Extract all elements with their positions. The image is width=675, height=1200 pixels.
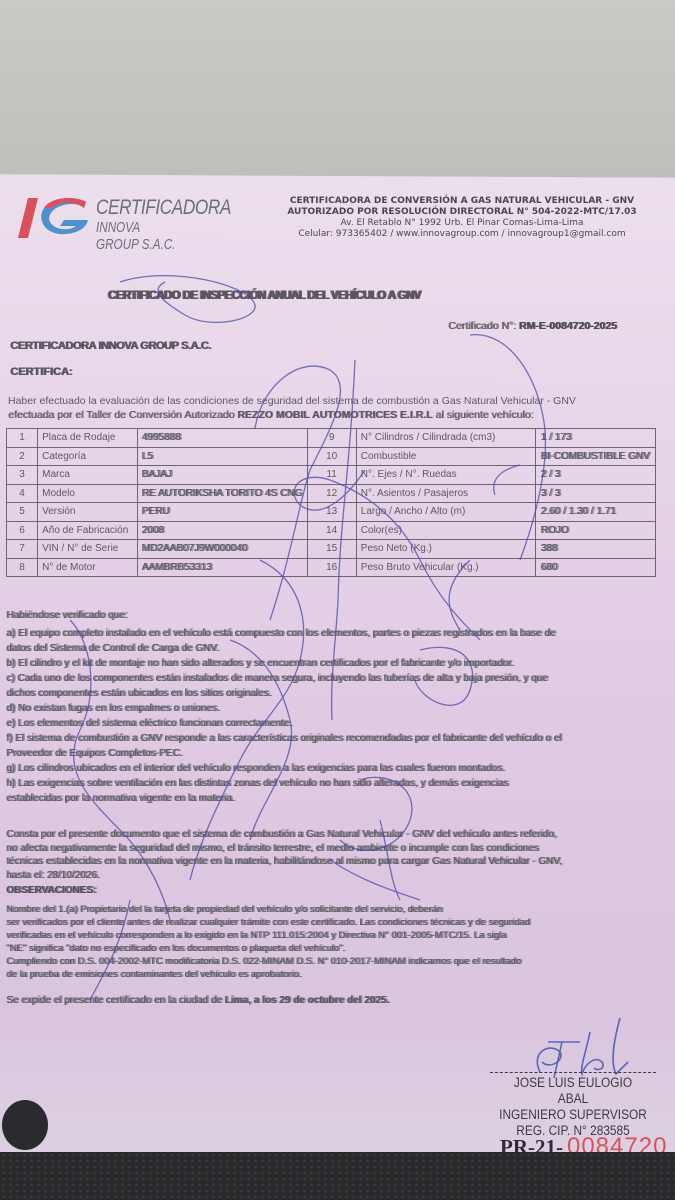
field-value: BAJAJ bbox=[137, 466, 307, 485]
observations-heading: OBSERVACIONES: bbox=[6, 884, 666, 898]
field-label: Categoría bbox=[38, 447, 137, 466]
ig-logo-icon bbox=[16, 194, 96, 240]
verification-item: establecidas por la normativa vigente en… bbox=[6, 792, 666, 806]
field-value: RE AUTORIKSHA TORITO 4S CNG bbox=[137, 484, 307, 503]
field-value: AAMBRB53313 bbox=[137, 558, 307, 577]
row-number: 5 bbox=[7, 503, 38, 522]
cert-label: Certificado N°: bbox=[448, 320, 516, 332]
field-value: 4995888 bbox=[137, 429, 307, 448]
field-label: N°. Asientos / Pasajeros bbox=[356, 484, 536, 503]
field-label: N° Cilindros / Cilindrada (cm3) bbox=[356, 429, 536, 448]
field-label: Placa de Rodaje bbox=[38, 429, 137, 448]
row-number: 4 bbox=[7, 484, 38, 503]
certifica-heading: CERTIFICA: bbox=[10, 366, 72, 378]
intro-line-2: efectuada por el Taller de Conversión Au… bbox=[8, 408, 668, 422]
issued-statement: Se expide el presente certificado en la … bbox=[6, 994, 666, 1008]
observation-line: verificadas en el vehículo corresponden … bbox=[6, 929, 666, 942]
field-label: Versión bbox=[38, 503, 137, 522]
signature-block: JOSE LUIS EULOGIO ABAL INGENIERO SUPERVI… bbox=[488, 1072, 658, 1139]
field-value: BI-COMBUSTIBLE GNV bbox=[536, 447, 656, 466]
field-value: L5 bbox=[137, 447, 307, 466]
row-number: 8 bbox=[7, 558, 38, 577]
field-label: Largo / Ancho / Alto (m) bbox=[356, 503, 536, 522]
constar-paragraph: Consta por el presente documento que el … bbox=[6, 828, 666, 882]
company-logo: CERTIFICADORA INNOVA GROUP S.A.C. bbox=[16, 192, 206, 242]
table-row: 5VersiónPERU13Largo / Ancho / Alto (m)2.… bbox=[7, 503, 656, 522]
field-value: ROJO bbox=[536, 521, 656, 540]
background-wall bbox=[0, 0, 675, 178]
logo-title: CERTIFICADORA bbox=[96, 196, 231, 220]
constar-line: técnicas establecidas en la normativa vi… bbox=[6, 855, 666, 869]
verification-list: a) El equipo completo instalado en el ve… bbox=[6, 627, 666, 807]
field-value: PERU bbox=[137, 503, 307, 522]
verification-item: datos del Sistema de Control de Carga de… bbox=[6, 642, 666, 656]
punch-hole bbox=[2, 1100, 48, 1150]
field-value: 2008 bbox=[137, 521, 307, 540]
observation-line: Nombre del 1.(a) Propietario del la tarj… bbox=[6, 903, 666, 916]
field-label: N° de Motor bbox=[38, 558, 137, 577]
row-number: 3 bbox=[7, 466, 38, 485]
field-value: 2 / 3 bbox=[536, 466, 656, 485]
field-value: 2.60 / 1.30 / 1.71 bbox=[536, 503, 656, 522]
row-number: 9 bbox=[307, 429, 356, 448]
field-value: 388 bbox=[536, 540, 656, 559]
field-value: 3 / 3 bbox=[536, 484, 656, 503]
header-line-1: CERTIFICADORA DE CONVERSIÓN A GAS NATURA… bbox=[262, 196, 662, 207]
row-number: 6 bbox=[7, 521, 38, 540]
row-number: 13 bbox=[307, 503, 356, 522]
logo-subtitle: INNOVA GROUP S.A.C. bbox=[96, 219, 182, 253]
verification-item: d) No existan fugas en los empalmes o un… bbox=[6, 702, 666, 716]
header-contact: Celular: 973365402 / www.innovagroup.com… bbox=[262, 229, 662, 240]
field-label: Año de Fabricación bbox=[38, 521, 137, 540]
vehicle-data-table: 1Placa de Rodaje49958889N° Cilindros / C… bbox=[6, 428, 656, 577]
intro-paragraph: Haber efectuado la evaluación de las con… bbox=[8, 394, 668, 422]
field-label: Marca bbox=[38, 466, 137, 485]
field-label: Peso Bruto Vehicular (Kg.) bbox=[356, 558, 536, 577]
field-label: Color(es) bbox=[356, 521, 536, 540]
observation-line: Cumpliendo con D.S. 004-2002-MTC modific… bbox=[6, 955, 666, 968]
table-surface bbox=[0, 1152, 675, 1200]
signer-name: JOSE LUIS EULOGIO ABAL bbox=[498, 1075, 648, 1107]
header-address: Av. El Retablo N° 1992 Urb. El Pinar Com… bbox=[262, 218, 662, 229]
observation-line: de la prueba de emisiones contaminantes … bbox=[6, 968, 666, 981]
company-header: CERTIFICADORA DE CONVERSIÓN A GAS NATURA… bbox=[262, 196, 662, 240]
intro-line-1: Haber efectuado la evaluación de las con… bbox=[8, 394, 668, 408]
table-row: 8N° de MotorAAMBRB5331316Peso Bruto Vehi… bbox=[7, 558, 656, 577]
verification-item: c) Cada uno de los componentes están ins… bbox=[6, 672, 666, 686]
verification-item: Proveedor de Equipos Completos-PEC. bbox=[6, 747, 666, 761]
table-row: 6Año de Fabricación200814Color(es)ROJO bbox=[7, 521, 656, 540]
issuer-name: CERTIFICADORA INNOVA GROUP S.A.C. bbox=[10, 340, 211, 352]
constar-line: hasta el: 28/10/2026. bbox=[6, 869, 666, 883]
field-value: 680 bbox=[536, 558, 656, 577]
row-number: 16 bbox=[307, 558, 356, 577]
verification-item: g) Los cilindros ubicados en el interior… bbox=[6, 762, 666, 776]
row-number: 14 bbox=[307, 521, 356, 540]
row-number: 11 bbox=[307, 466, 356, 485]
row-number: 12 bbox=[307, 484, 356, 503]
field-label: Peso Neto (Kg.) bbox=[356, 540, 536, 559]
constar-line: Consta por el presente documento que el … bbox=[6, 828, 666, 842]
verification-item: f) El sistema de combustión a GNV respon… bbox=[6, 732, 666, 746]
table-row: 4ModeloRE AUTORIKSHA TORITO 4S CNG12N°. … bbox=[7, 484, 656, 503]
field-label: N°. Ejes / N°. Ruedas bbox=[356, 466, 536, 485]
field-label: Combustible bbox=[356, 447, 536, 466]
field-value: MD2AAB07J9W000040 bbox=[137, 540, 307, 559]
row-number: 10 bbox=[307, 447, 356, 466]
table-row: 3MarcaBAJAJ11N°. Ejes / N°. Ruedas2 / 3 bbox=[7, 466, 656, 485]
verification-item: e) Los elementos del sistema eléctrico f… bbox=[6, 717, 666, 731]
table-row: 2CategoríaL510CombustibleBI-COMBUSTIBLE … bbox=[7, 447, 656, 466]
verification-item: dichos componentes están ubicados en los… bbox=[6, 687, 666, 701]
workshop-name: REZZO MOBIL AUTOMOTRICES E.I.R.L bbox=[237, 409, 432, 421]
row-number: 1 bbox=[7, 429, 38, 448]
row-number: 7 bbox=[7, 540, 38, 559]
field-value: 1 / 173 bbox=[536, 429, 656, 448]
verification-heading: Habiéndose verificado que: bbox=[6, 609, 666, 623]
document-title: CERTIFICADO DE INSPECCIÓN ANUAL DEL VEHÍ… bbox=[108, 290, 421, 302]
field-label: VIN / N° de Serie bbox=[38, 540, 137, 559]
verification-item: b) El cilindro y el kit de montaje no ha… bbox=[6, 657, 666, 671]
constar-line: no afecta negativamente la seguridad del… bbox=[6, 842, 666, 856]
observation-line: "NE" significa "dato no especificado en … bbox=[6, 942, 666, 955]
signer-role: INGENIERO SUPERVISOR bbox=[498, 1107, 648, 1123]
observation-line: ser verificados por el cliente antes de … bbox=[6, 916, 666, 929]
row-number: 15 bbox=[307, 540, 356, 559]
verification-item: a) El equipo completo instalado en el ve… bbox=[6, 627, 666, 641]
field-label: Modelo bbox=[38, 484, 137, 503]
signature-line bbox=[490, 1072, 656, 1073]
table-row: 7VIN / N° de SerieMD2AAB07J9W00004015Pes… bbox=[7, 540, 656, 559]
table-row: 1Placa de Rodaje49958889N° Cilindros / C… bbox=[7, 429, 656, 448]
header-line-2: AUTORIZADO POR RESOLUCIÓN DIRECTORAL N° … bbox=[262, 207, 662, 218]
cert-value: RM-E-0084720-2025 bbox=[519, 320, 617, 332]
issued-place-date: Lima, a los 29 de octubre del 2025. bbox=[224, 995, 389, 1006]
verification-item: h) Las exigencias sobre ventilación en l… bbox=[6, 777, 666, 791]
row-number: 2 bbox=[7, 447, 38, 466]
certificate-number: Certificado N°: RM-E-0084720-2025 bbox=[448, 320, 617, 332]
observations-list: Nombre del 1.(a) Propietario del la tarj… bbox=[6, 903, 666, 981]
